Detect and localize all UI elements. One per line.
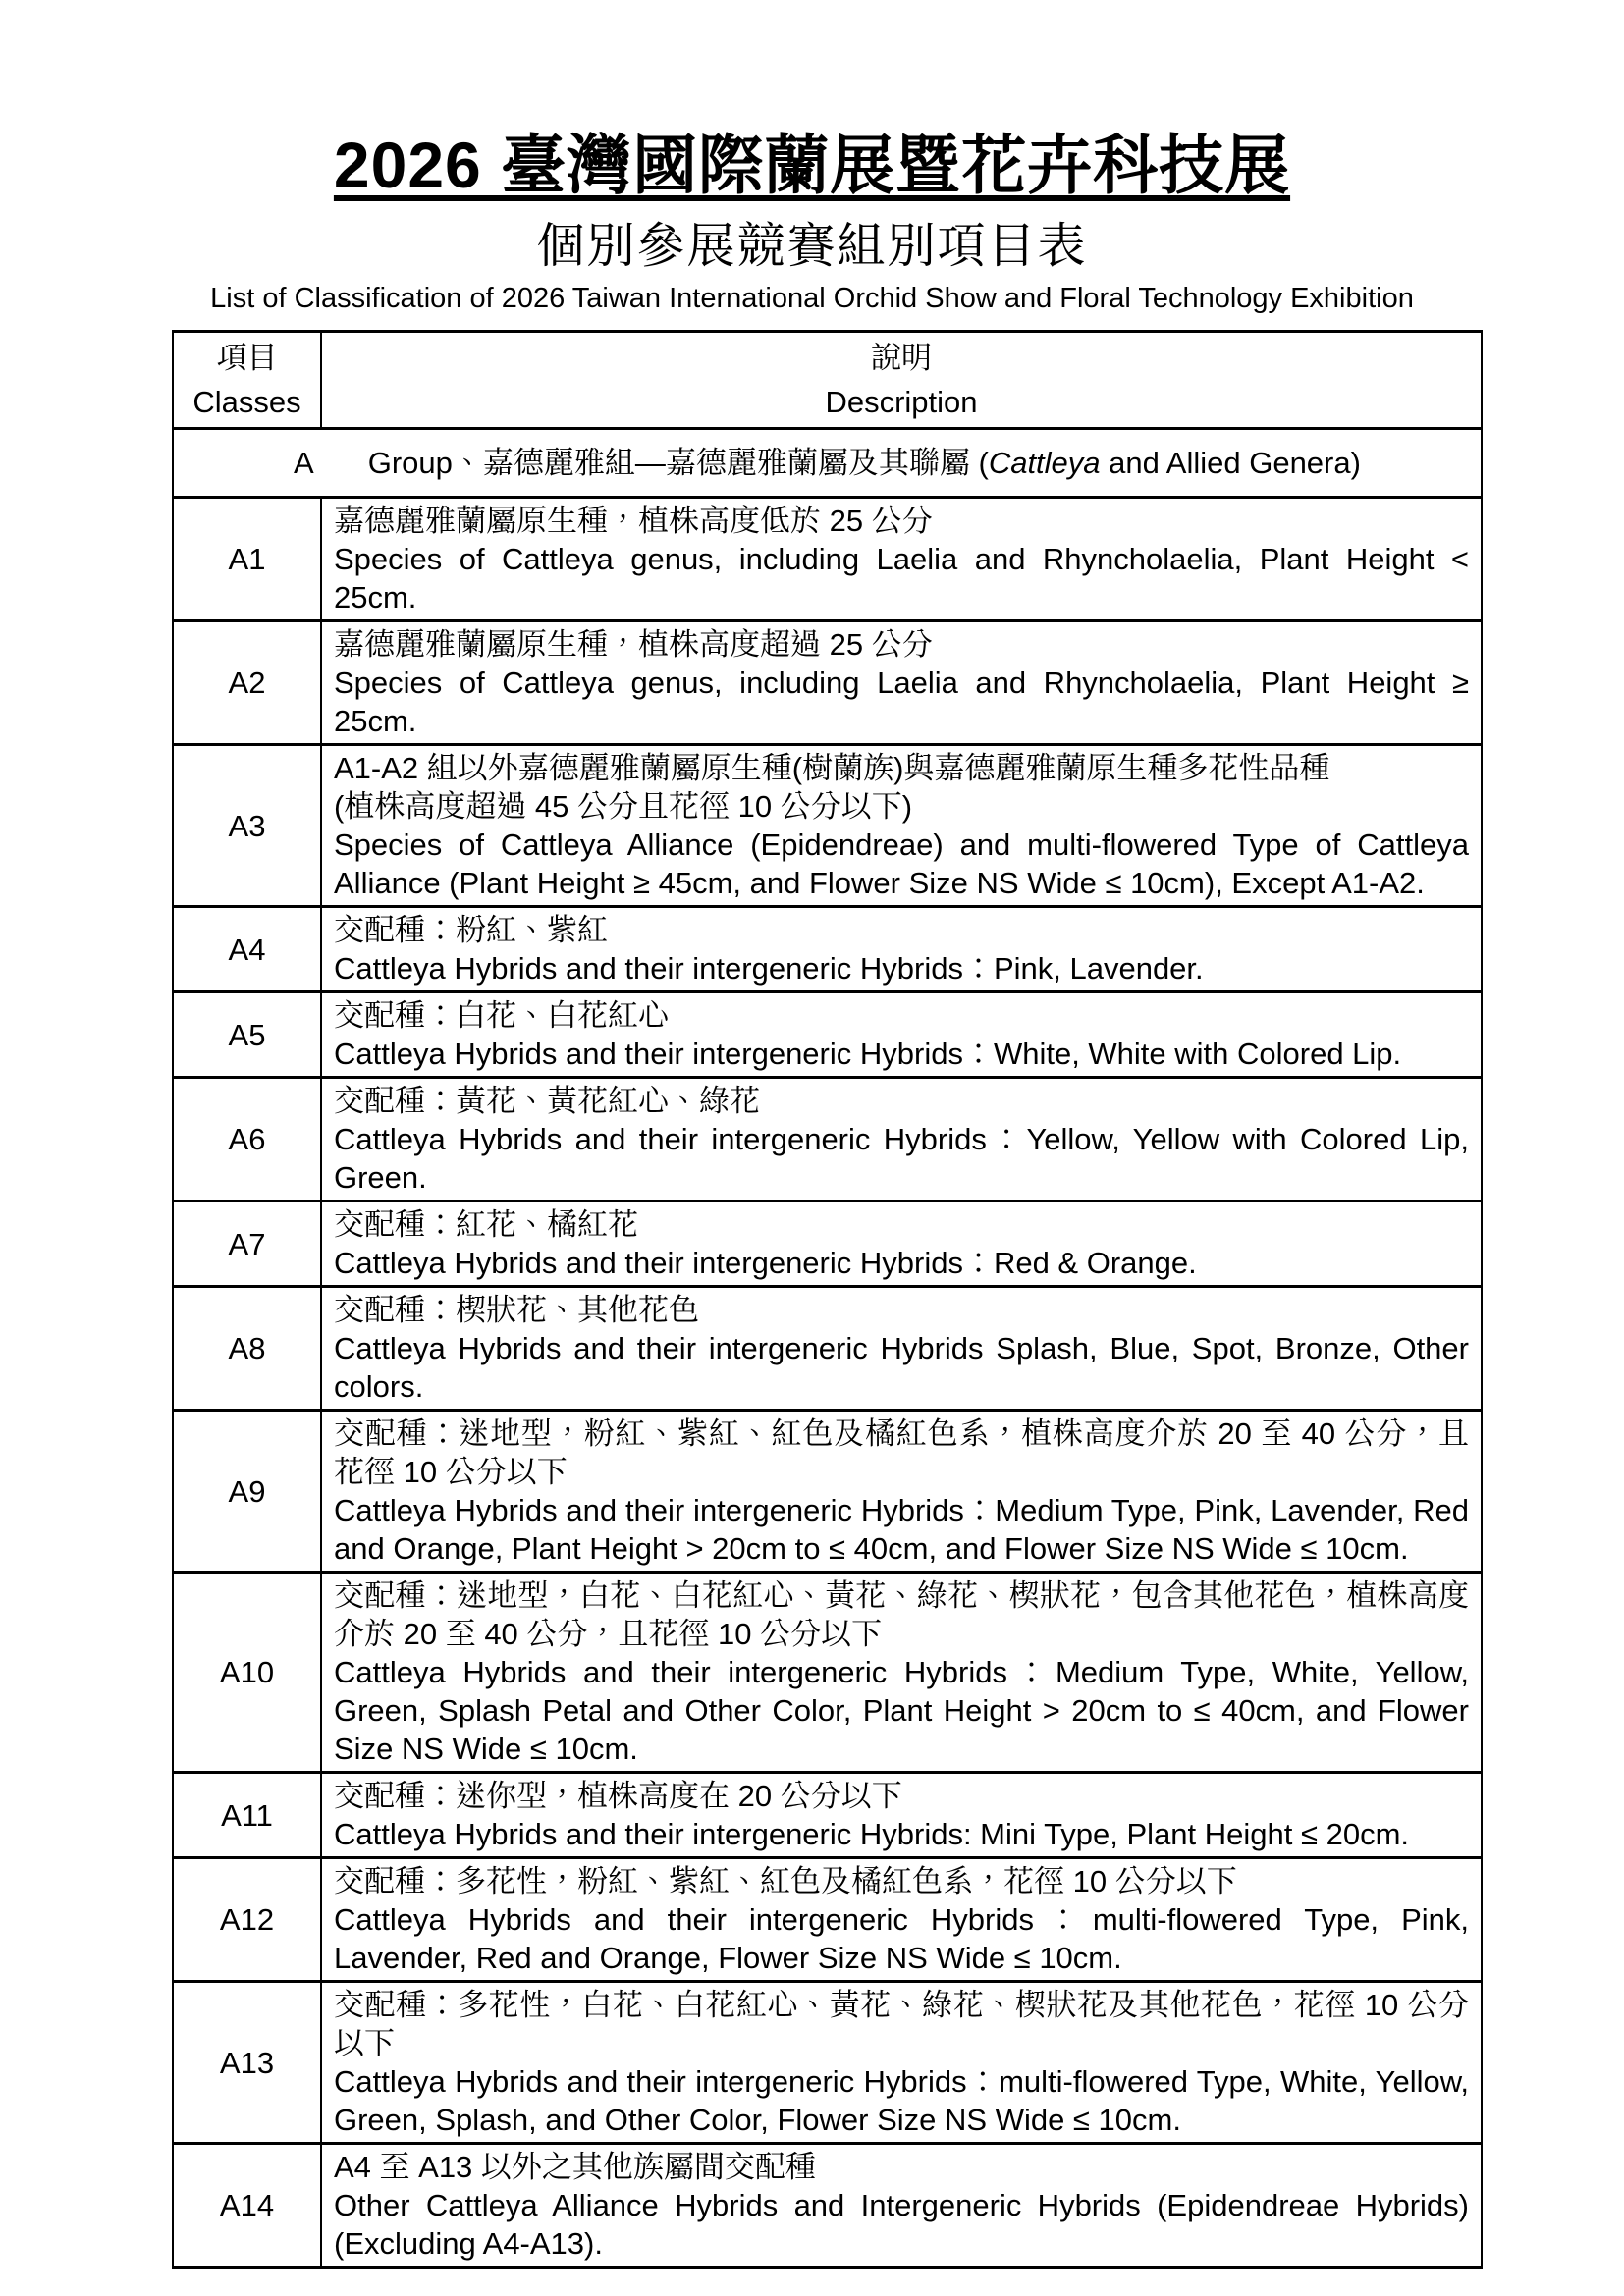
- description-cell: 交配種：多花性，粉紅、紫紅、紅色及橘紅色系，花徑 10 公分以下 Cattley…: [321, 1858, 1482, 1982]
- class-cell: A14: [173, 2144, 321, 2268]
- description-zh: 交配種：迷地型，粉紅、紫紅、紅色及橘紅色系，植株高度介於 20 至 40 公分，…: [334, 1415, 1469, 1491]
- description-en: Cattleya Hybrids and their intergeneric …: [334, 1329, 1469, 1406]
- group-a-row: A Group、嘉德麗雅組—嘉德麗雅蘭屬及其聯屬 (Cattleya and A…: [173, 429, 1482, 498]
- group-a-class-label: A: [294, 444, 314, 482]
- description-cell: 交配種：迷地型，白花、白花紅心、黃花、綠花、楔狀花，包含其他花色，植株高度介於 …: [321, 1573, 1482, 1773]
- classification-table: 項目 Classes 說明 Description A Group、嘉德麗雅組—…: [172, 330, 1483, 2269]
- table-row-a1: A1 嘉德麗雅蘭屬原生種，植株高度低於 25 公分 Species of Cat…: [173, 498, 1482, 621]
- table-row-a4: A4 交配種：粉紅、紫紅 Cattleya Hybrids and their …: [173, 907, 1482, 992]
- description-cell: 交配種：迷地型，粉紅、紫紅、紅色及橘紅色系，植株高度介於 20 至 40 公分，…: [321, 1411, 1482, 1573]
- header-description-en: Description: [334, 380, 1469, 424]
- table-row-a11: A11 交配種：迷你型，植株高度在 20 公分以下 Cattleya Hybri…: [173, 1773, 1482, 1858]
- description-cell: 嘉德麗雅蘭屬原生種，植株高度低於 25 公分 Species of Cattle…: [321, 498, 1482, 621]
- header-classes-en: Classes: [186, 380, 308, 424]
- class-cell: A2: [173, 621, 321, 745]
- description-cell: 交配種：紅花、橘紅花 Cattleya Hybrids and their in…: [321, 1201, 1482, 1287]
- description-cell: 交配種：黃花、黃花紅心、綠花 Cattleya Hybrids and thei…: [321, 1078, 1482, 1201]
- table-row-a8: A8 交配種：楔狀花、其他花色 Cattleya Hybrids and the…: [173, 1287, 1482, 1411]
- table-row-a2: A2 嘉德麗雅蘭屬原生種，植株高度超過 25 公分 Species of Cat…: [173, 621, 1482, 745]
- description-zh: 交配種：迷你型，植株高度在 20 公分以下: [334, 1777, 1469, 1815]
- class-cell: A8: [173, 1287, 321, 1411]
- class-cell: A6: [173, 1078, 321, 1201]
- header-description-zh: 說明: [334, 336, 1469, 380]
- description-en: Species of Cattleya Alliance (Epidendrea…: [334, 826, 1469, 902]
- description-en: Cattleya Hybrids and their intergeneric …: [334, 1815, 1469, 1853]
- description-en: Cattleya Hybrids and their intergeneric …: [334, 949, 1469, 988]
- table-row-a3: A3 A1-A2 組以外嘉德麗雅蘭屬原生種(樹蘭族)與嘉德麗雅蘭原生種多花性品種…: [173, 745, 1482, 907]
- description-zh: 交配種：迷地型，白花、白花紅心、黃花、綠花、楔狀花，包含其他花色，植株高度介於 …: [334, 1576, 1469, 1653]
- class-cell: A11: [173, 1773, 321, 1858]
- description-en: Species of Cattleya genus, including Lae…: [334, 540, 1469, 616]
- table-row-a9: A9 交配種：迷地型，粉紅、紫紅、紅色及橘紅色系，植株高度介於 20 至 40 …: [173, 1411, 1482, 1573]
- description-en: Species of Cattleya genus, including Lae…: [334, 664, 1469, 740]
- header-classes-zh: 項目: [186, 336, 308, 380]
- description-en: Cattleya Hybrids and their intergeneric …: [334, 1900, 1469, 1977]
- table-row-a7: A7 交配種：紅花、橘紅花 Cattleya Hybrids and their…: [173, 1201, 1482, 1287]
- group-a-title: Group、嘉德麗雅組—嘉德麗雅蘭屬及其聯屬 (Cattleya and All…: [368, 444, 1361, 482]
- class-cell: A4: [173, 907, 321, 992]
- description-zh: 交配種：楔狀花、其他花色: [334, 1291, 1469, 1329]
- class-cell: A5: [173, 992, 321, 1078]
- group-a-title-prefix: Group、嘉德麗雅組—嘉德麗雅蘭屬及其聯屬 (: [368, 446, 989, 480]
- class-cell: A7: [173, 1201, 321, 1287]
- table-row-a5: A5 交配種：白花、白花紅心 Cattleya Hybrids and thei…: [173, 992, 1482, 1078]
- group-a-title-genus-italic: Cattleya: [989, 446, 1101, 480]
- class-cell: A3: [173, 745, 321, 907]
- description-zh: 交配種：多花性，白花、白花紅心、黃花、綠花、楔狀花及其他花色，花徑 10 公分以…: [334, 1986, 1469, 2062]
- class-cell: A13: [173, 1982, 321, 2144]
- table-row-a13: A13 交配種：多花性，白花、白花紅心、黃花、綠花、楔狀花及其他花色，花徑 10…: [173, 1982, 1482, 2144]
- description-cell: 交配種：楔狀花、其他花色 Cattleya Hybrids and their …: [321, 1287, 1482, 1411]
- description-cell: 嘉德麗雅蘭屬原生種，植株高度超過 25 公分 Species of Cattle…: [321, 621, 1482, 745]
- description-cell: 交配種：迷你型，植株高度在 20 公分以下 Cattleya Hybrids a…: [321, 1773, 1482, 1858]
- description-zh: A1-A2 組以外嘉德麗雅蘭屬原生種(樹蘭族)與嘉德麗雅蘭原生種多花性品種 (植…: [334, 749, 1469, 826]
- table-header-row: 項目 Classes 說明 Description: [173, 332, 1482, 429]
- table-row-a10: A10 交配種：迷地型，白花、白花紅心、黃花、綠花、楔狀花，包含其他花色，植株高…: [173, 1573, 1482, 1773]
- table-row-a6: A6 交配種：黃花、黃花紅心、綠花 Cattleya Hybrids and t…: [173, 1078, 1482, 1201]
- description-cell: 交配種：白花、白花紅心 Cattleya Hybrids and their i…: [321, 992, 1482, 1078]
- description-zh: 嘉德麗雅蘭屬原生種，植株高度低於 25 公分: [334, 502, 1469, 540]
- document-page: 2026 臺灣國際蘭展暨花卉科技展 個別參展競賽組別項目表 List of Cl…: [0, 0, 1624, 2296]
- description-en: Cattleya Hybrids and their intergeneric …: [334, 1491, 1469, 1568]
- header-cell-description: 說明 Description: [321, 332, 1482, 429]
- description-zh: A4 至 A13 以外之其他族屬間交配種: [334, 2148, 1469, 2186]
- description-cell: A4 至 A13 以外之其他族屬間交配種 Other Cattleya Alli…: [321, 2144, 1482, 2268]
- description-zh: 交配種：紅花、橘紅花: [334, 1205, 1469, 1244]
- header-cell-classes: 項目 Classes: [173, 332, 321, 429]
- class-cell: A10: [173, 1573, 321, 1773]
- description-zh: 交配種：粉紅、紫紅: [334, 911, 1469, 949]
- description-en: Cattleya Hybrids and their intergeneric …: [334, 1653, 1469, 1768]
- description-en: Cattleya Hybrids and their intergeneric …: [334, 1244, 1469, 1282]
- group-a-line: A Group、嘉德麗雅組—嘉德麗雅蘭屬及其聯屬 (Cattleya and A…: [294, 444, 1361, 482]
- document-title: 2026 臺灣國際蘭展暨花卉科技展: [0, 126, 1624, 204]
- description-en: Cattleya Hybrids and their intergeneric …: [334, 1035, 1469, 1073]
- description-en: Cattleya Hybrids and their intergeneric …: [334, 2062, 1469, 2139]
- class-cell: A12: [173, 1858, 321, 1982]
- description-cell: 交配種：多花性，白花、白花紅心、黃花、綠花、楔狀花及其他花色，花徑 10 公分以…: [321, 1982, 1482, 2144]
- document-caption-english: List of Classification of 2026 Taiwan In…: [0, 281, 1624, 316]
- description-en: Cattleya Hybrids and their intergeneric …: [334, 1120, 1469, 1197]
- description-zh: 交配種：白花、白花紅心: [334, 996, 1469, 1035]
- description-cell: 交配種：粉紅、紫紅 Cattleya Hybrids and their int…: [321, 907, 1482, 992]
- description-zh: 交配種：多花性，粉紅、紫紅、紅色及橘紅色系，花徑 10 公分以下: [334, 1862, 1469, 1900]
- group-a-title-suffix: and Allied Genera): [1101, 446, 1361, 480]
- table-row-a14: A14 A4 至 A13 以外之其他族屬間交配種 Other Cattleya …: [173, 2144, 1482, 2268]
- description-en: Other Cattleya Alliance Hybrids and Inte…: [334, 2186, 1469, 2263]
- document-header: 2026 臺灣國際蘭展暨花卉科技展 個別參展競賽組別項目表 List of Cl…: [0, 126, 1624, 316]
- class-cell: A1: [173, 498, 321, 621]
- group-a-cell: A Group、嘉德麗雅組—嘉德麗雅蘭屬及其聯屬 (Cattleya and A…: [173, 429, 1482, 498]
- class-cell: A9: [173, 1411, 321, 1573]
- table-row-a12: A12 交配種：多花性，粉紅、紫紅、紅色及橘紅色系，花徑 10 公分以下 Cat…: [173, 1858, 1482, 1982]
- document-subtitle: 個別參展競賽組別項目表: [0, 218, 1624, 275]
- description-zh: 交配種：黃花、黃花紅心、綠花: [334, 1082, 1469, 1120]
- description-cell: A1-A2 組以外嘉德麗雅蘭屬原生種(樹蘭族)與嘉德麗雅蘭原生種多花性品種 (植…: [321, 745, 1482, 907]
- description-zh: 嘉德麗雅蘭屬原生種，植株高度超過 25 公分: [334, 625, 1469, 664]
